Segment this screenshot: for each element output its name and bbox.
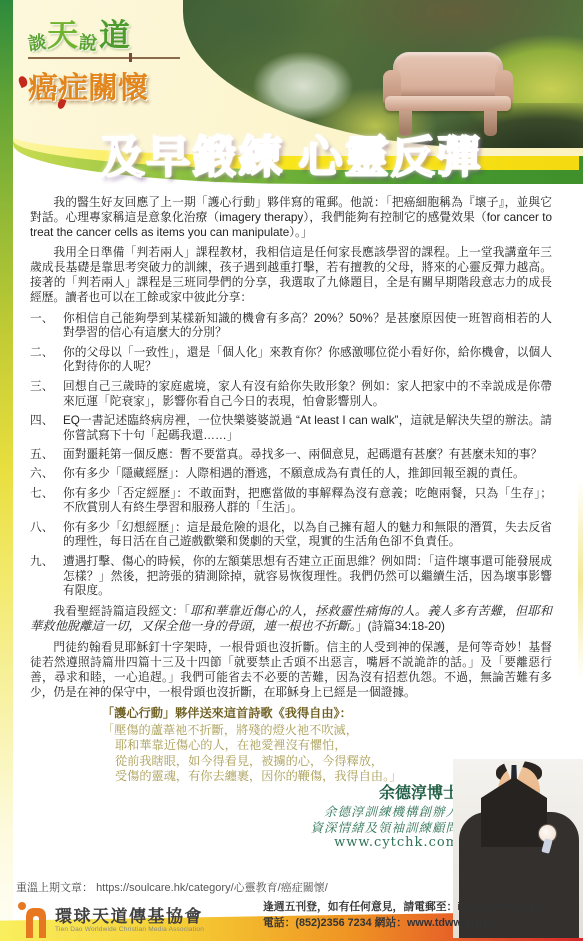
list-item: 四、 EQ一書記述臨終病房裡，一位快樂婆婆説過 “At least I can … [30,414,552,444]
list-item: 二、 你的父母以「一致性」，還是「個人化」來教育你？你感激哪位從小看好你，給你機… [30,346,552,376]
page-title: 及早鍛練 心靈反彈 [0,121,583,185]
item-text: 你相信自己能夠學到某樣新知識的機會有多高？20%？50%？是甚麼原因使一班智商相… [63,312,552,342]
list-item: 七、 你有多少「否定經歷」：不敢面對，把應當做的事解釋為沒有意義；吃飽兩餐，只為… [30,487,552,517]
item-text: EQ一書記述臨終病房裡，一位快樂婆婆説過 “At least I can wal… [63,414,552,444]
archive-line: 重溫上期文章： https://soulcare.hk/category/心靈教… [16,879,328,895]
org-name: 環球天道傳基協會 [55,907,204,926]
item-text: 你的父母以「一致性」，還是「個人化」來教育你？你感激哪位從小看好你，給你機會，以… [63,346,552,376]
author-name: 余德淳博士 [30,787,459,802]
hymn-intro: 「護心行動」夥伴送來這首詩歌《我得自由》： [102,706,552,721]
item-number: 七、 [30,487,63,517]
org-logo-icon [16,901,48,939]
list-item: 五、 面對噩耗第一個反應：暫不要當真。尋找多一、兩個意見，起碼還有甚麼？有甚麼未… [30,448,552,463]
list-item: 六、 你有多少「隱藏經歷」：人際相遇的潛逃，不願意成為有責任的人，推卸回報至親的… [30,467,552,482]
logo-divider [28,57,180,59]
org-identity: 環球天道傳基協會 Tien Dao Worldwide Christian Me… [16,901,204,939]
item-number: 四、 [30,414,63,444]
newsletter-page: 談 天 說 道 癌症關懷 及早鍛練 心靈反彈 我的醫生好友回應了上一期「護心行動… [0,0,583,941]
contact-line-2: 電話：(852)2356 7234 網站：www.tdww.org.hk [263,915,550,931]
contact-line-1: 逢週五刊登，如有任何意見，請電郵至：info@tdww.org.hk [263,899,550,915]
hymn-line: 「壓傷的蘆葦祂不折斷，將殘的燈火祂不吹滅， [102,723,552,738]
masthead-logo: 談 天 說 道 癌症關懷 [28,10,188,107]
article-body: 我的醫生好友回應了上一期「護心行動」夥伴寫的電郵。他説：「把癌細胞稱為『壞子』，… [30,196,552,851]
hymn-line: 耶和華靠近傷心的人，在祂愛裡沒有懼怕， [115,738,552,753]
item-text: 回想自己三歲時的家庭處境，家人有沒有給你失敗形象？例如：家人把家中的不幸説成是你… [63,380,552,410]
item-text: 你有多少「否定經歷」：不敢面對，把應當做的事解釋為沒有意義；吃飽兩餐，只為「生存… [63,487,552,517]
archive-url-link[interactable]: https://soulcare.hk/category/心靈教育/癌症關懷/ [96,882,328,894]
item-number: 八、 [30,521,63,551]
verse-reference: 」(詩篇34:18-20) [356,620,445,633]
item-number: 一、 [30,312,63,342]
item-text: 你有多少「幻想經歷」：這是最危險的退化，以為自己擁有超人的魅力和無限的潛質，失去… [63,521,552,551]
item-number: 五、 [30,448,63,463]
logo-char: 天 [47,10,78,55]
list-item: 三、 回想自己三歲時的家庭處境，家人有沒有給你失敗形象？例如：家人把家中的不幸説… [30,380,552,410]
item-number: 二、 [30,346,63,376]
item-number: 六、 [30,467,63,482]
logo-line1: 談 天 說 道 [28,10,188,55]
archive-label: 重溫上期文章： [16,882,93,894]
item-text: 你有多少「隱藏經歷」：人際相遇的潛逃，不願意成為有責任的人，推卸回報至親的責任。 [63,467,552,482]
bible-verse-paragraph: 我看聖經詩篇這段經文：「耶和華靠近傷心的人，拯救靈性痛悔的人。義人多有苦難，但耶… [30,604,552,636]
item-text: 面對噩耗第一個反應：暫不要當真。尋找多一、兩個意見，起碼還有甚麼？有甚麼未知的事… [63,448,552,463]
paragraph-3: 門徒約翰看見耶穌釘十字架時，一根骨頭也沒折斷。信主的人受到神的保護，是何等奇妙！… [30,641,552,700]
list-item: 一、 你相信自己能夠學到某樣新知識的機會有多高？20%？50%？是甚麼原因使一班… [30,312,552,342]
contact-info: 逢週五刊登，如有任何意見，請電郵至：info@tdww.org.hk 電話：(8… [263,899,550,931]
right-edge-glow [578,480,583,680]
corsage-flower [539,825,556,842]
paragraph-1: 我的醫生好友回應了上一期「護心行動」夥伴寫的電郵。他説：「把癌細胞稱為『壞子』，… [30,196,552,240]
item-number: 九、 [30,555,63,599]
author-role-1: 余德淳訓練機構創辦人 [30,804,459,820]
item-number: 三、 [30,380,63,410]
logo-char: 說 [78,28,99,56]
list-item: 九、 遭遇打擊、傷心的時候，你的左額葉思想有否建立正面思維？例如問：「這件壞事還… [30,555,552,599]
logo-char: 道 [99,10,130,55]
verse-prefix: 我看聖經詩篇這段經文：「 [53,605,190,618]
logo-char: 談 [26,28,47,56]
author-role-2: 資深情緒及領袖訓練顧問 [30,820,459,836]
logo-series-title: 癌症關懷 [28,63,188,107]
item-text: 遭遇打擊、傷心的時候，你的左額葉思想有否建立正面思維？例如問：「這件壞事還可能發… [63,555,552,599]
list-item: 八、 你有多少「幻想經歷」：這是最危險的退化，以為自己擁有超人的魅力和無限的潛質… [30,521,552,551]
author-website-link[interactable]: www.cytchk.com [30,836,459,851]
paragraph-2: 我用全日準備「判若兩人」課程教材，我相信這是任何家長應該學習的課程。上一堂我講童… [30,246,552,305]
org-name-english: Tien Dao Worldwide Christian Media Assoc… [55,926,204,933]
